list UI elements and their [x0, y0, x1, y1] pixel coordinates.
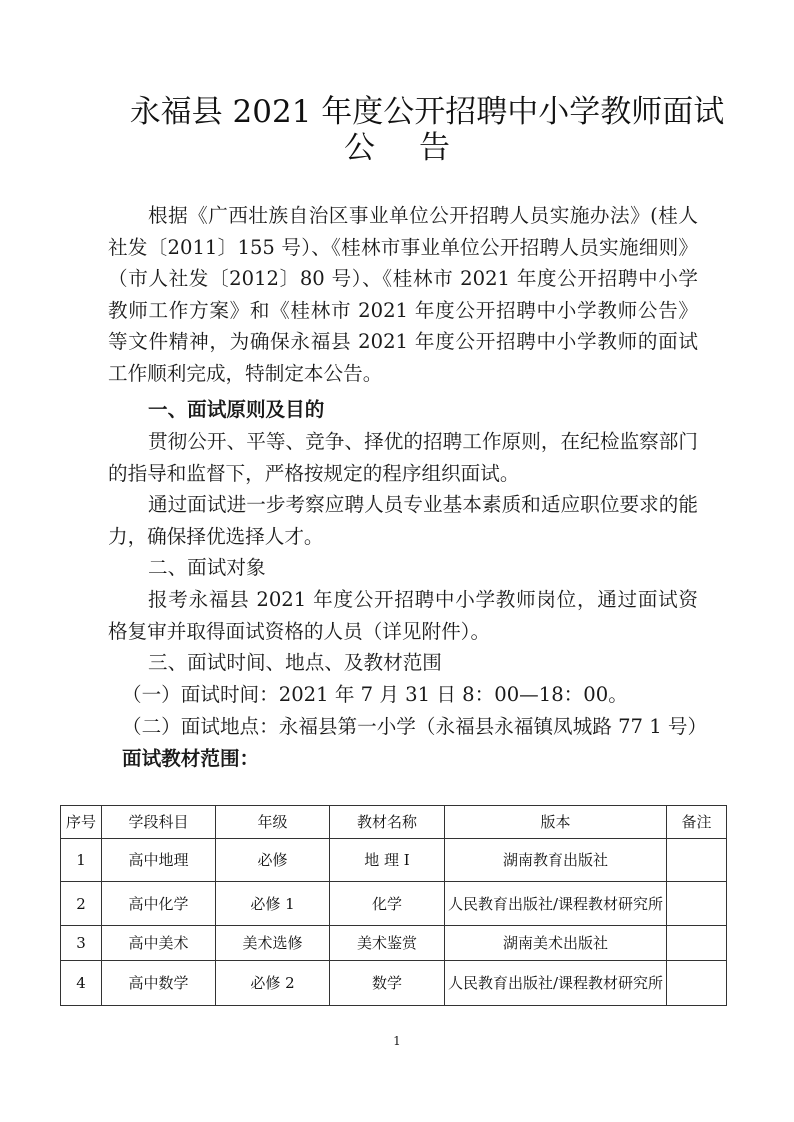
cell-grade: 必修 1 — [216, 882, 330, 926]
cell-remarks — [667, 839, 727, 882]
cell-grade: 美术选修 — [216, 926, 330, 961]
cell-subject: 高中数学 — [102, 961, 216, 1006]
header-grade: 年级 — [216, 806, 330, 839]
cell-textbook: 地 理 I — [330, 839, 445, 882]
cell-edition: 湖南教育出版社 — [445, 839, 667, 882]
section1-heading: 一、面试原则及目的 — [108, 394, 698, 426]
cell-remarks — [667, 926, 727, 961]
section1-paragraph1: 贯彻公开、平等、竞争、择优的招聘工作原则，在纪检监察部门的指导和监督下，严格按规… — [108, 426, 698, 489]
header-subject: 学段科目 — [102, 806, 216, 839]
cell-grade: 必修 2 — [216, 961, 330, 1006]
section2-paragraph1: 报考永福县 2021 年度公开招聘中小学教师岗位，通过面试资格复审并取得面试资格… — [108, 584, 698, 647]
textbook-table: 序号 学段科目 年级 教材名称 版本 备注 1 高中地理 必修 地 理 I 湖南… — [60, 805, 727, 1006]
cell-index: 3 — [61, 926, 102, 961]
cell-subject: 高中地理 — [102, 839, 216, 882]
section3-item2-location: （二）面试地点：永福县第一小学（永福县永福镇凤城路 77 1 号） — [122, 715, 707, 738]
cell-index: 1 — [61, 839, 102, 882]
header-textbook: 教材名称 — [330, 806, 445, 839]
section2-heading: 二、面试对象 — [108, 552, 698, 584]
cell-subject: 高中美术 — [102, 926, 216, 961]
cell-remarks — [667, 961, 727, 1006]
cell-edition: 人民教育出版社/课程教材研究所 — [445, 961, 667, 1006]
intro-paragraph: 根据《广西壮族自治区事业单位公开招聘人员实施办法》(桂人社发〔2011〕155 … — [108, 200, 698, 389]
cell-textbook: 数学 — [330, 961, 445, 1006]
section1-paragraph2: 通过面试进一步考察应聘人员专业基本素质和适应职位要求的能力，确保择优选择人才。 — [108, 489, 698, 552]
cell-edition: 湖南美术出版社 — [445, 926, 667, 961]
document-subtitle: 公告 — [0, 122, 794, 167]
cell-remarks — [667, 882, 727, 926]
table-row: 1 高中地理 必修 地 理 I 湖南教育出版社 — [61, 839, 727, 882]
cell-textbook: 美术鉴赏 — [330, 926, 445, 961]
cell-edition: 人民教育出版社/课程教材研究所 — [445, 882, 667, 926]
table-row: 3 高中美术 美术选修 美术鉴赏 湖南美术出版社 — [61, 926, 727, 961]
header-edition: 版本 — [445, 806, 667, 839]
page-number: 1 — [0, 1034, 794, 1048]
cell-textbook: 化学 — [330, 882, 445, 926]
section3-item1: （一）面试时间：2021 年 7 月 31 日 8：00—18：00。 — [122, 679, 712, 711]
section3-item2: （二）面试地点：永福县第一小学（永福县永福镇凤城路 77 1 号）面试教材范围： — [122, 711, 698, 774]
table-row: 4 高中数学 必修 2 数学 人民教育出版社/课程教材研究所 — [61, 961, 727, 1006]
header-remarks: 备注 — [667, 806, 727, 839]
cell-subject: 高中化学 — [102, 882, 216, 926]
section3-heading: 三、面试时间、地点、及教材范围 — [108, 647, 698, 679]
section3-item2-scope-label: 面试教材范围： — [122, 747, 259, 770]
table-header-row: 序号 学段科目 年级 教材名称 版本 备注 — [61, 806, 727, 839]
cell-index: 4 — [61, 961, 102, 1006]
header-index: 序号 — [61, 806, 102, 839]
cell-grade: 必修 — [216, 839, 330, 882]
cell-index: 2 — [61, 882, 102, 926]
table-row: 2 高中化学 必修 1 化学 人民教育出版社/课程教材研究所 — [61, 882, 727, 926]
